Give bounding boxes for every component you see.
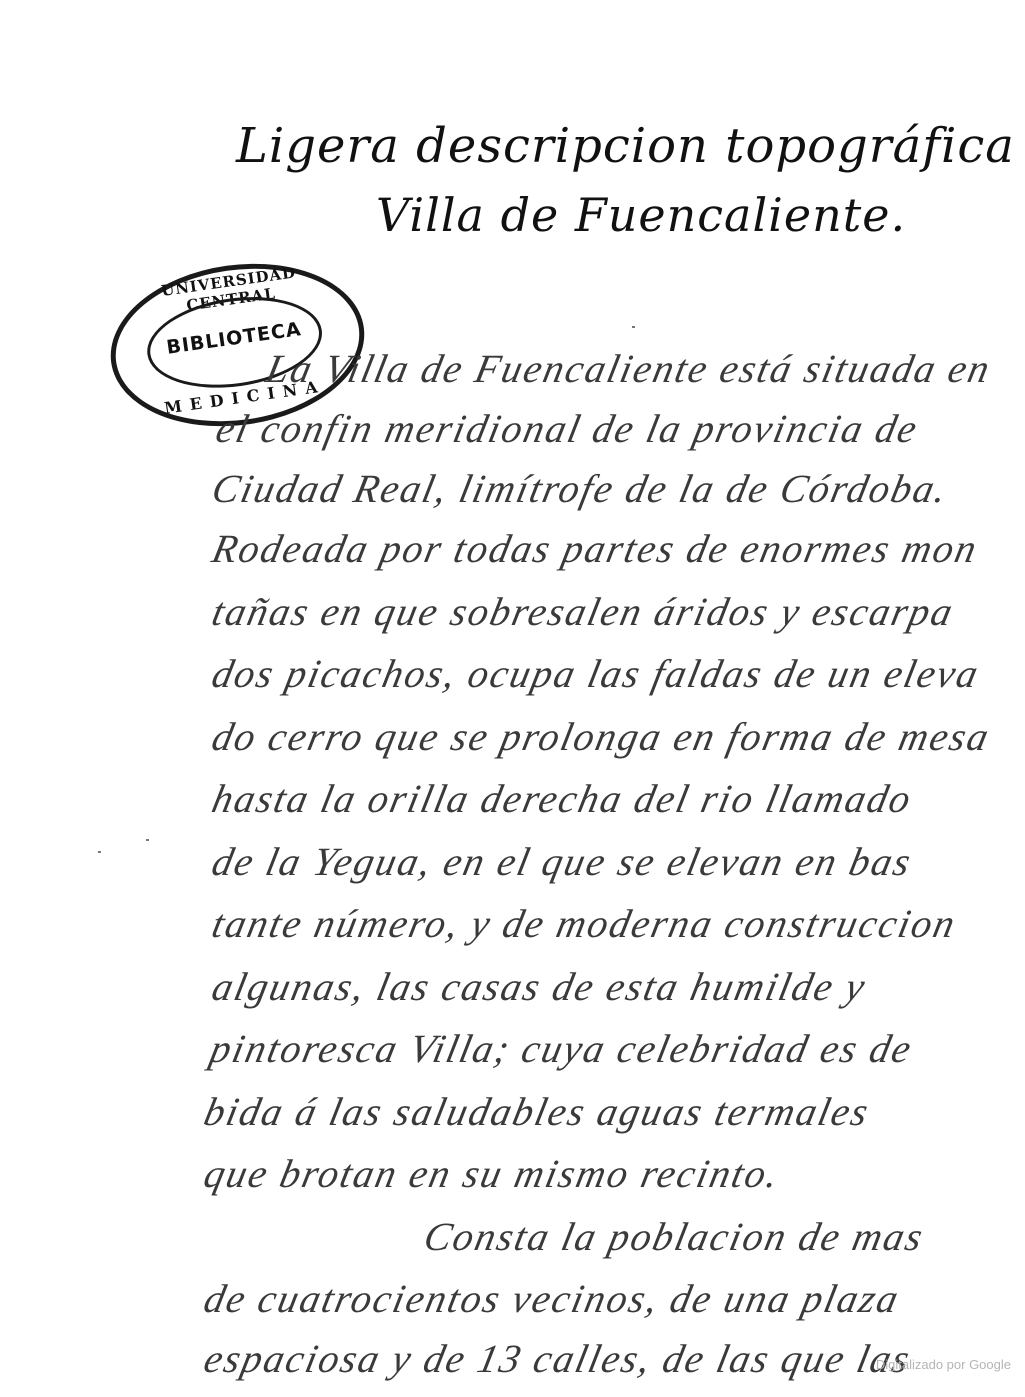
body-line-9: de la Yegua, en el que se elevan en bas xyxy=(208,838,917,885)
title-line-2: Villa de Fuencaliente. xyxy=(376,188,906,242)
body-line-17: espaciosa y de 13 calles, de las que las xyxy=(200,1335,915,1382)
title-line-1: Ligera descripcion topográfica de la xyxy=(236,118,1025,174)
body-line-3: Ciudad Real, limítrofe de la de Córdoba. xyxy=(208,465,953,512)
body-line-5: tañas en que sobresalen áridos y escarpa xyxy=(208,588,959,635)
body-line-1: La Villa de Fuencaliente está situada en xyxy=(262,345,996,392)
body-line-4: Rodeada por todas partes de enormes mon xyxy=(208,525,983,572)
body-line-2: el confin meridional de la provincia de xyxy=(212,405,923,452)
ink-speck xyxy=(146,839,149,841)
body-line-7: do cerro que se prolonga en forma de mes… xyxy=(208,713,995,760)
ink-speck xyxy=(98,851,101,853)
body-line-10: tante número, y de moderna construccion xyxy=(208,900,961,947)
body-line-14: que brotan en su mismo recinto. xyxy=(200,1150,785,1197)
body-line-8: hasta la orilla derecha del rio llamado xyxy=(208,775,917,822)
body-line-11: algunas, las casas de esta humilde y xyxy=(208,963,871,1010)
body-line-16: de cuatrocientos vecinos, de una plaza xyxy=(200,1275,904,1322)
body-line-13: bida á las saludables aguas termales xyxy=(200,1088,874,1135)
body-line-15: Consta la poblacion de mas xyxy=(420,1213,929,1260)
ink-speck xyxy=(632,326,635,328)
manuscript-page: Ligera descripcion topográfica de la Vil… xyxy=(0,0,1025,1397)
digitization-watermark: Digitalizado por Google xyxy=(876,1357,1011,1372)
body-line-12: pintoresca Villa; cuya celebridad es de xyxy=(206,1025,917,1072)
body-line-6: dos picachos, ocupa las faldas de un ele… xyxy=(208,650,984,697)
